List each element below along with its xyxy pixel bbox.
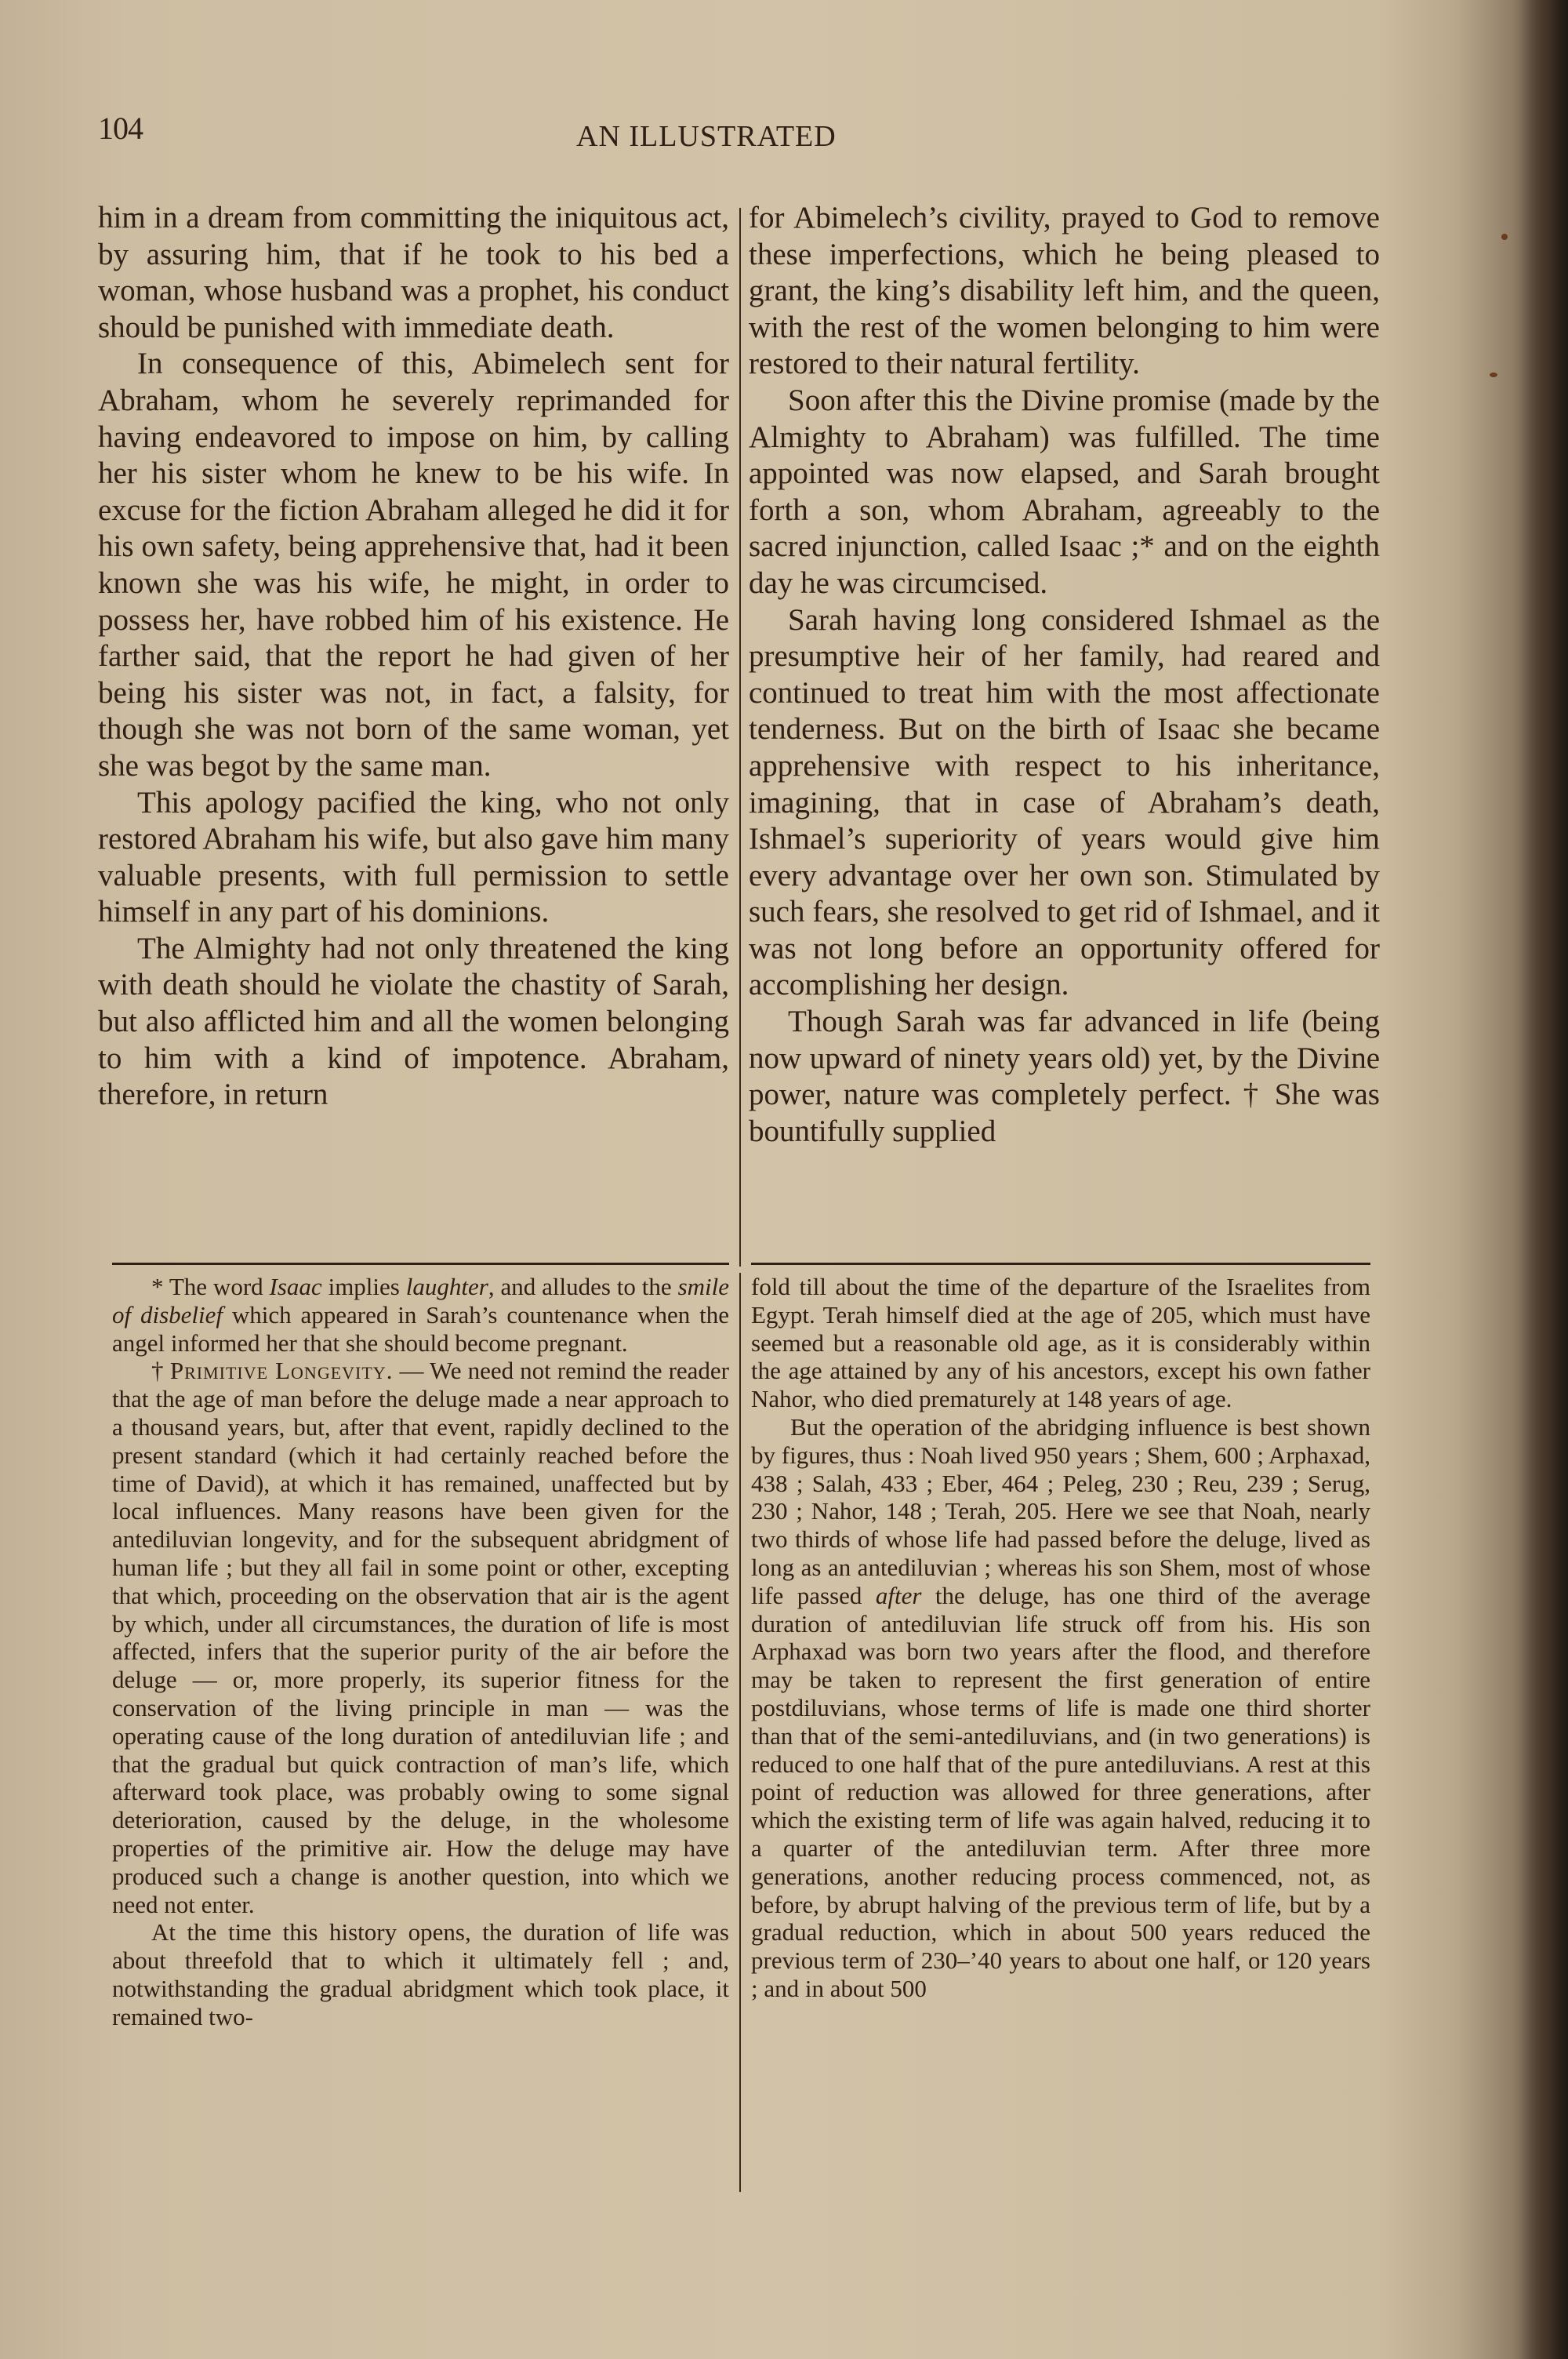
main-text: him in a dream from committing the iniqu… bbox=[98, 200, 1380, 1255]
foxing-spot bbox=[1501, 234, 1508, 240]
footnote-marker-dagger: † bbox=[151, 1357, 164, 1384]
book-page: 104 AN ILLUSTRATED him in a dream from c… bbox=[0, 0, 1568, 2359]
italic-word: after bbox=[876, 1582, 922, 1609]
footnote-paragraph: But the operation of the abridging influ… bbox=[751, 1413, 1370, 2003]
paragraph: Though Sarah was far advanced in life (b… bbox=[749, 1004, 1380, 1150]
footnote-column-left: * The word Isaac implies laughter, and a… bbox=[112, 1273, 729, 2031]
paragraph: The Almighty had not only threatened the… bbox=[98, 931, 729, 1114]
paragraph: Sarah having long considered Ishmael as … bbox=[749, 602, 1380, 1005]
paragraph: This apology pacified the king, who not … bbox=[98, 785, 729, 931]
column-divider bbox=[739, 208, 741, 1267]
footnote-isaac: * The word Isaac implies laughter, and a… bbox=[112, 1273, 729, 1357]
book-spine-shadow bbox=[1521, 0, 1568, 2359]
paragraph: him in a dream from committing the iniqu… bbox=[98, 200, 729, 346]
italic-term: Isaac bbox=[270, 1273, 322, 1300]
footnote-rule bbox=[751, 1263, 1370, 1265]
footnote-paragraph: At the time this history opens, the dura… bbox=[112, 1918, 729, 2030]
footnote-marker-asterisk: * bbox=[151, 1273, 164, 1300]
paragraph: for Abimelech’s civility, prayed to God … bbox=[749, 200, 1380, 383]
footnote-column-right: fold till about the time of the departur… bbox=[751, 1273, 1370, 2003]
column-divider bbox=[739, 1273, 741, 2192]
paragraph: In consequence of this, Abimelech sent f… bbox=[98, 346, 729, 784]
page-header: 104 AN ILLUSTRATED bbox=[98, 110, 1431, 157]
footnote-paragraph: fold till about the time of the departur… bbox=[751, 1273, 1370, 1413]
italic-term: laughter bbox=[406, 1273, 488, 1300]
paragraph: Soon after this the Divine promise (made… bbox=[749, 383, 1380, 602]
footnote-longevity: † Primitive Longevity. — We need not rem… bbox=[112, 1357, 729, 1918]
footnote-title: Primitive Longevity. bbox=[170, 1357, 394, 1384]
main-column-right: for Abimelech’s civility, prayed to God … bbox=[749, 200, 1380, 1150]
footnote-rule bbox=[112, 1263, 729, 1265]
running-head: AN ILLUSTRATED bbox=[576, 119, 837, 154]
footnotes: * The word Isaac implies laughter, and a… bbox=[112, 1273, 1370, 2198]
page-number: 104 bbox=[98, 110, 143, 147]
main-column-left: him in a dream from committing the iniqu… bbox=[98, 200, 729, 1114]
foxing-spot bbox=[1490, 373, 1497, 377]
